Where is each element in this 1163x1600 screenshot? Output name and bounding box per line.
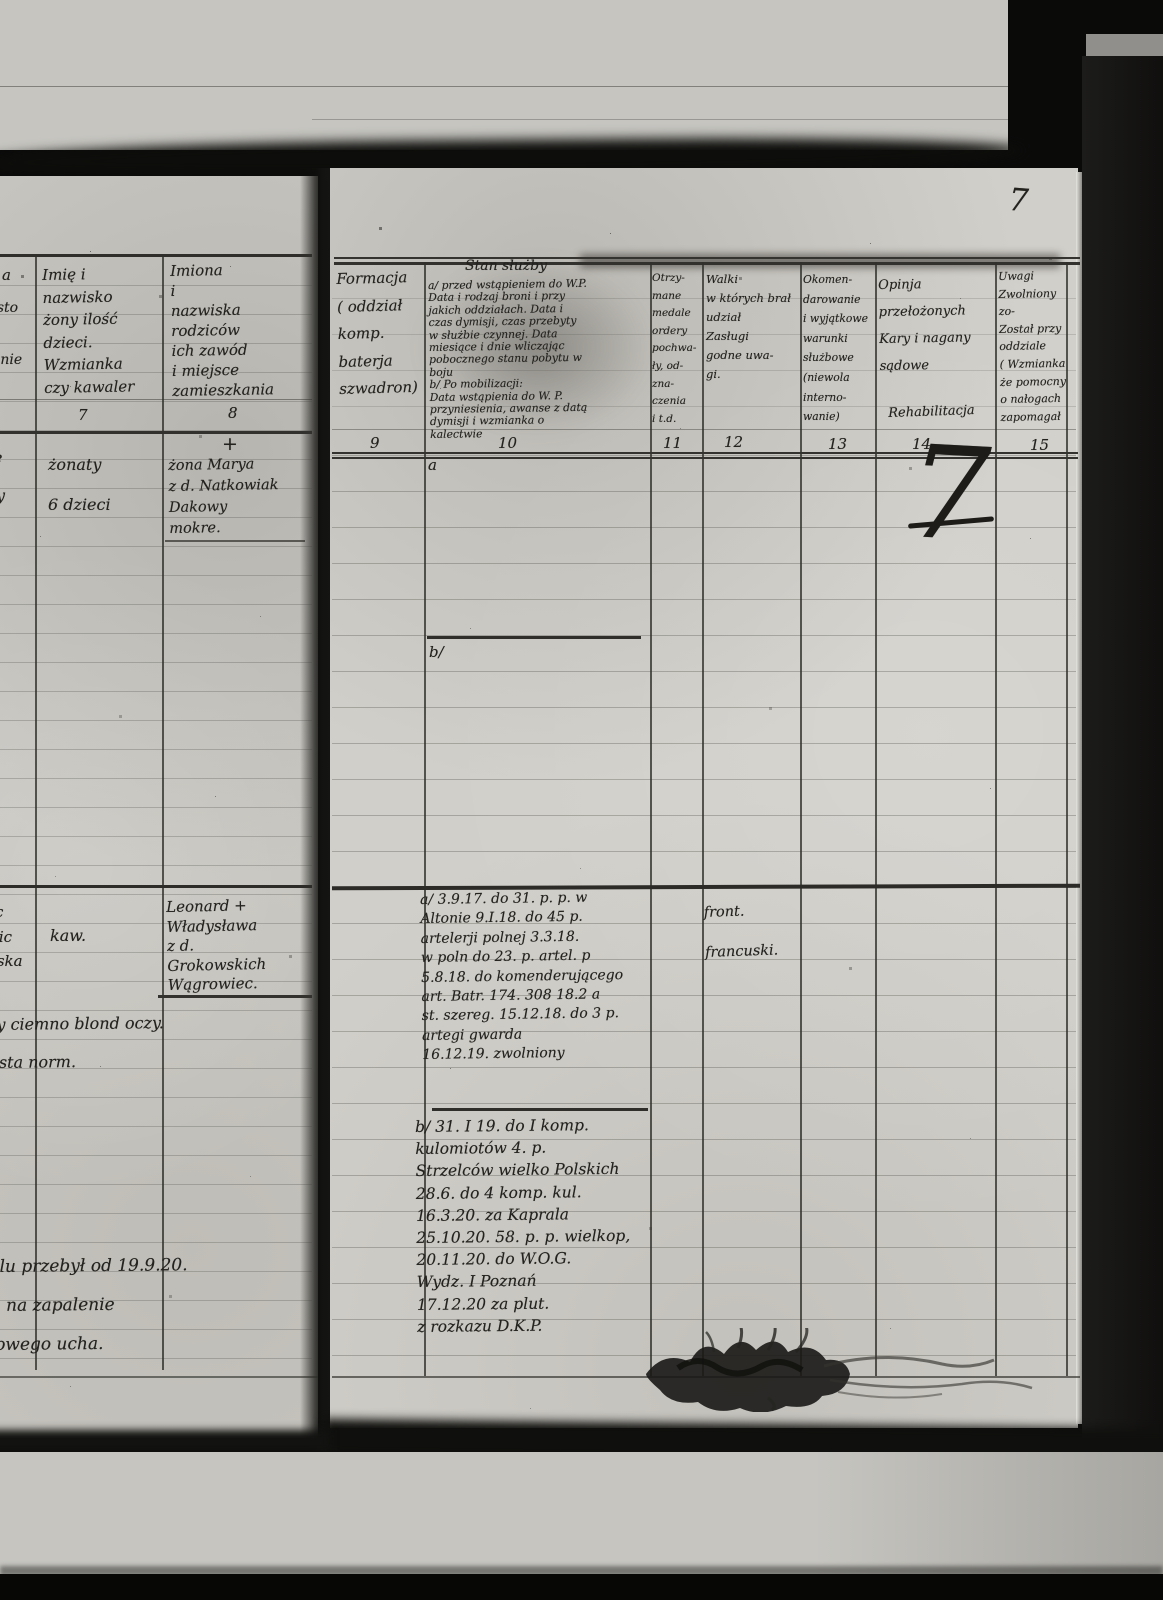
handwritten-line: szwadron) xyxy=(339,374,418,404)
col12-header: Walkiw których brałudziałZasługigodne uw… xyxy=(706,270,791,384)
handwritten-line: 0. na zapalenie xyxy=(0,1285,188,1326)
handwritten-line: Zwolniony xyxy=(998,284,1064,303)
handwritten-line: 16.3.20. za Kaprala xyxy=(416,1203,630,1227)
col11-header: Otrzy-manemedaleorderypochwa-ły, od-zna-… xyxy=(652,270,696,428)
ruled-line xyxy=(332,815,1076,816)
entry2-marital: kaw. xyxy=(50,926,86,945)
ruled-line xyxy=(0,1242,312,1243)
handwritten-line: baterja xyxy=(338,346,417,376)
ruled-line xyxy=(0,1213,312,1214)
handwritten-line: warunki xyxy=(803,329,868,349)
ruled-line xyxy=(0,720,312,721)
handwritten-line: gi. xyxy=(706,365,791,384)
handwritten-line: i t.d. xyxy=(652,411,696,429)
left-bottom-line xyxy=(0,1376,318,1378)
handwritten-line: Opinja xyxy=(878,270,970,299)
handwritten-line: b/ 31. I 19. do I komp. xyxy=(415,1114,629,1138)
handwritten-line: Okomen- xyxy=(803,270,868,290)
entry2-col10-divider xyxy=(432,1108,648,1111)
handwritten-line: czenia xyxy=(652,393,696,411)
handwritten-line: Wydz. I Poznań xyxy=(417,1269,631,1293)
paper-specks xyxy=(350,208,351,209)
right-header-top-line2 xyxy=(334,262,1080,265)
handwritten-line: Grokowskich xyxy=(167,954,266,976)
left-col-line xyxy=(35,256,37,1370)
paper-specks xyxy=(10,236,11,237)
handwritten-line: godne uwa- xyxy=(706,346,791,365)
handwritten-line: że pomocny xyxy=(1000,372,1066,391)
col13-header: Okomen-darowaniei wyjątkowewarunkisłużbo… xyxy=(803,270,868,427)
handwritten-line: ich zawód xyxy=(171,339,273,361)
handwritten-line: (niewola xyxy=(803,368,868,388)
left-col-number: 8 xyxy=(228,404,238,422)
left-header-bottom-line xyxy=(0,431,312,434)
entry1-col10-divider xyxy=(427,636,641,639)
archival-scan: a iasto anie Imię inazwiskożony ilośćdzi… xyxy=(0,0,1163,1600)
handwritten-line: dzieci. xyxy=(43,330,134,354)
left-ruled-lines xyxy=(0,285,312,1387)
handwritten-line: ordery xyxy=(652,323,696,341)
handwritten-line: o nałogach xyxy=(1000,390,1066,409)
ruled-line xyxy=(0,546,312,547)
handwritten-line: kowego ucha. xyxy=(0,1324,188,1365)
upper-sheet-rule xyxy=(312,119,1008,120)
handwritten-line: 28.6. do 4 komp. kul. xyxy=(416,1180,630,1204)
col7-header: Imię inazwiskożony ilośćdzieci.Wzmiankac… xyxy=(42,262,135,399)
handwritten-line: mokre. xyxy=(169,517,279,540)
handwritten-line: zapomagał xyxy=(1000,408,1066,427)
entry2-hospital-note: jalu przebył od 19.9.20.0. na zapaleniek… xyxy=(0,1246,188,1365)
handwritten-line: Uwagi xyxy=(998,267,1064,286)
handwritten-line: Zasługi xyxy=(706,327,791,346)
handwritten-line: front. xyxy=(703,890,778,933)
right-margin-dark xyxy=(1082,56,1163,1448)
handwritten-line: i miejsce xyxy=(172,359,274,381)
handwritten-line: st. szereg. 15.12.18. do 3 p. xyxy=(422,1005,624,1027)
col9-header: Formacja( oddziałkomp.baterjaszwadron) xyxy=(336,264,418,404)
ruled-line xyxy=(0,1126,312,1127)
entry2-front-note: front.francuski. xyxy=(703,890,779,973)
handwritten-line: nazwiska xyxy=(171,299,273,321)
handwritten-line: Walki xyxy=(706,270,791,289)
right-col-number: 10 xyxy=(498,434,517,452)
ruled-line xyxy=(0,1155,312,1156)
handwritten-line: usta norm. xyxy=(0,1042,165,1082)
page-bottom-shadow xyxy=(0,1430,330,1452)
handwritten-line: pochwa- xyxy=(652,340,696,358)
handwritten-line: ( oddział xyxy=(337,291,416,321)
handwritten-line: rodziców xyxy=(171,319,273,341)
col6-fragment: wska xyxy=(0,952,23,970)
handwritten-line: żona Marya xyxy=(168,454,278,477)
entry1-a-label: a xyxy=(428,456,437,474)
ruled-line xyxy=(0,401,312,402)
handwritten-line: Otrzy- xyxy=(652,270,696,288)
ruled-line xyxy=(332,671,1076,672)
col15-header: UwagiZwolnionyzo-Został przyoddziale( Wz… xyxy=(998,267,1067,426)
handwritten-line: służbowe xyxy=(803,348,868,368)
handwritten-line: Dakowy xyxy=(169,496,279,519)
ruled-line xyxy=(0,865,312,866)
right-col-number: 9 xyxy=(370,434,380,452)
handwritten-line: Został przy xyxy=(999,320,1065,339)
upper-sheet xyxy=(0,0,1008,150)
handwritten-line: Imię i xyxy=(42,262,133,286)
handwritten-line: żony ilość xyxy=(43,307,134,331)
handwritten-line: oddziale xyxy=(999,337,1065,356)
ruled-line xyxy=(332,1067,1076,1068)
ruled-line xyxy=(0,778,312,779)
handwritten-line: 16.12.19. zwolniony xyxy=(422,1043,624,1065)
handwritten-line: Leonard + xyxy=(166,896,265,918)
entry1-family: żona Maryaz d. NatkowiakDakowymokre. xyxy=(168,454,279,540)
ruled-line xyxy=(0,575,312,576)
handwritten-line: żonaty xyxy=(48,445,111,485)
handwritten-line: ( Wzmianka xyxy=(1000,355,1066,374)
page-number: 7 xyxy=(1007,182,1029,219)
handwritten-line: sy ciemno blond oczy. xyxy=(0,1004,164,1044)
bottom-sheet xyxy=(0,1452,1163,1574)
ruled-line xyxy=(332,779,1076,780)
right-col-number: 12 xyxy=(724,433,743,451)
large-seven-mark: 7 xyxy=(904,418,993,571)
ruled-line xyxy=(332,599,1076,600)
handwritten-line: 25.10.20. 58. p. p. wielkop, xyxy=(416,1225,630,1249)
handwritten-line: zna- xyxy=(652,376,696,394)
handwritten-line: Strzelców wielko Polskich xyxy=(415,1158,629,1182)
right-col-number: 11 xyxy=(663,434,682,452)
handwritten-line: przełożonych xyxy=(878,297,970,326)
ruled-line xyxy=(0,1097,312,1098)
handwritten-line: z d. Natkowiak xyxy=(168,475,278,498)
entry2-col8-underline xyxy=(158,995,312,998)
ruled-line xyxy=(332,1103,1076,1104)
right-col-number: 15 xyxy=(1030,436,1049,454)
ruled-line xyxy=(0,894,312,895)
left-col-line xyxy=(162,256,164,1370)
handwritten-line: Kary i nagany xyxy=(879,324,971,353)
col6-fragment: ę xyxy=(0,448,2,467)
ruled-line xyxy=(332,743,1076,744)
ruled-line xyxy=(0,807,312,808)
entry1-cross-mark: + xyxy=(222,433,238,455)
handwritten-line: i xyxy=(170,279,272,301)
handwritten-line: Wzmianka xyxy=(44,352,135,376)
ruled-line xyxy=(0,836,312,837)
handwritten-line: Władysława xyxy=(166,915,265,937)
handwritten-line: interno- xyxy=(803,388,868,408)
handwritten-line: ły, od- xyxy=(652,358,696,376)
col8-header: Imionainazwiskarodzicówich zawódi miejsc… xyxy=(170,259,274,401)
entry1-b-label: b/ xyxy=(429,643,444,661)
handwritten-line: medale xyxy=(652,305,696,323)
left-col-number: 7 xyxy=(78,406,88,424)
ruled-line xyxy=(0,604,312,605)
handwritten-line: Imiona xyxy=(170,259,272,281)
col6-fragment: a xyxy=(2,266,11,284)
col6-fragment: wic xyxy=(0,928,12,946)
ruled-line xyxy=(0,691,312,692)
right-header-top-line xyxy=(334,257,1080,259)
ruled-line xyxy=(332,851,1076,852)
handwritten-line: 6 dzieci xyxy=(48,485,111,525)
ruled-line xyxy=(0,1184,312,1185)
handwritten-line: i wyjątkowe xyxy=(803,309,868,329)
col6-fragment: y xyxy=(0,486,5,505)
col6-fragment: c xyxy=(0,903,3,921)
handwritten-line: sądowe xyxy=(879,351,971,380)
col6-fragment: iasto xyxy=(0,300,18,316)
handwritten-line: komp. xyxy=(337,319,416,349)
handwritten-line: Wągrowiec. xyxy=(168,974,267,996)
upper-sheet-rule xyxy=(0,86,1008,87)
entry1-underline xyxy=(165,540,305,542)
handwritten-line: czy kawaler xyxy=(44,375,135,399)
ruled-line xyxy=(0,633,312,634)
handwritten-line: udział xyxy=(706,308,791,327)
ink-scribble xyxy=(618,1328,1038,1412)
handwritten-line: 17.12.20 za plut. xyxy=(417,1291,631,1315)
handwritten-line: 20.11.20. do W.O.G. xyxy=(416,1247,630,1271)
handwritten-line: kulomiotów 4. p. xyxy=(415,1136,629,1160)
left-header-top-line xyxy=(0,254,312,257)
handwritten-line: wanie) xyxy=(803,407,868,427)
entry2-description: sy ciemno blond oczy.usta norm. xyxy=(0,1004,165,1082)
handwritten-line: z d. xyxy=(167,935,266,957)
entry2-top-line-left xyxy=(0,885,312,888)
handwritten-line: francuski. xyxy=(704,930,779,973)
handwritten-line: z rozkazu D.K.P. xyxy=(417,1314,631,1338)
entry1-marital: żonaty6 dzieci xyxy=(48,445,111,525)
handwritten-line: nazwisko xyxy=(42,285,133,309)
right-col-number: 13 xyxy=(828,435,847,453)
handwritten-line: w których brał xyxy=(706,289,791,308)
handwritten-line: kaw. xyxy=(50,926,86,945)
handwritten-line: darowanie xyxy=(803,290,868,310)
entry2-family: Leonard +Władysławaz d.GrokowskichWągrow… xyxy=(166,896,267,996)
ruled-line xyxy=(332,707,1076,708)
handwritten-line: pobocznego stanu pobytu w xyxy=(429,352,588,367)
col10-header: a/ przed wstąpieniem do W.P.Data i rodza… xyxy=(428,278,589,441)
handwritten-line: zo- xyxy=(999,302,1065,321)
col6-fragment: anie xyxy=(0,352,22,368)
bottom-black-band xyxy=(0,1574,1163,1600)
handwritten-line: jalu przebył od 19.9.20. xyxy=(0,1246,188,1287)
ruled-line xyxy=(0,749,312,750)
handwritten-line: Formacja xyxy=(336,264,415,294)
entry2-service-before: a/ 3.9.17. do 31. p. p. wAltonie 9.I.18.… xyxy=(420,888,624,1065)
ruled-line xyxy=(0,662,312,663)
handwritten-line: mane xyxy=(652,288,696,306)
col10-header-title: Stan służby xyxy=(465,258,547,274)
handwritten-line: zamieszkania xyxy=(172,379,274,401)
entry2-service-after: b/ 31. I 19. do I komp.kulomiotów 4. p.S… xyxy=(415,1114,631,1338)
col14-header: OpinjaprzełożonychKary i naganysądowe xyxy=(878,270,971,380)
